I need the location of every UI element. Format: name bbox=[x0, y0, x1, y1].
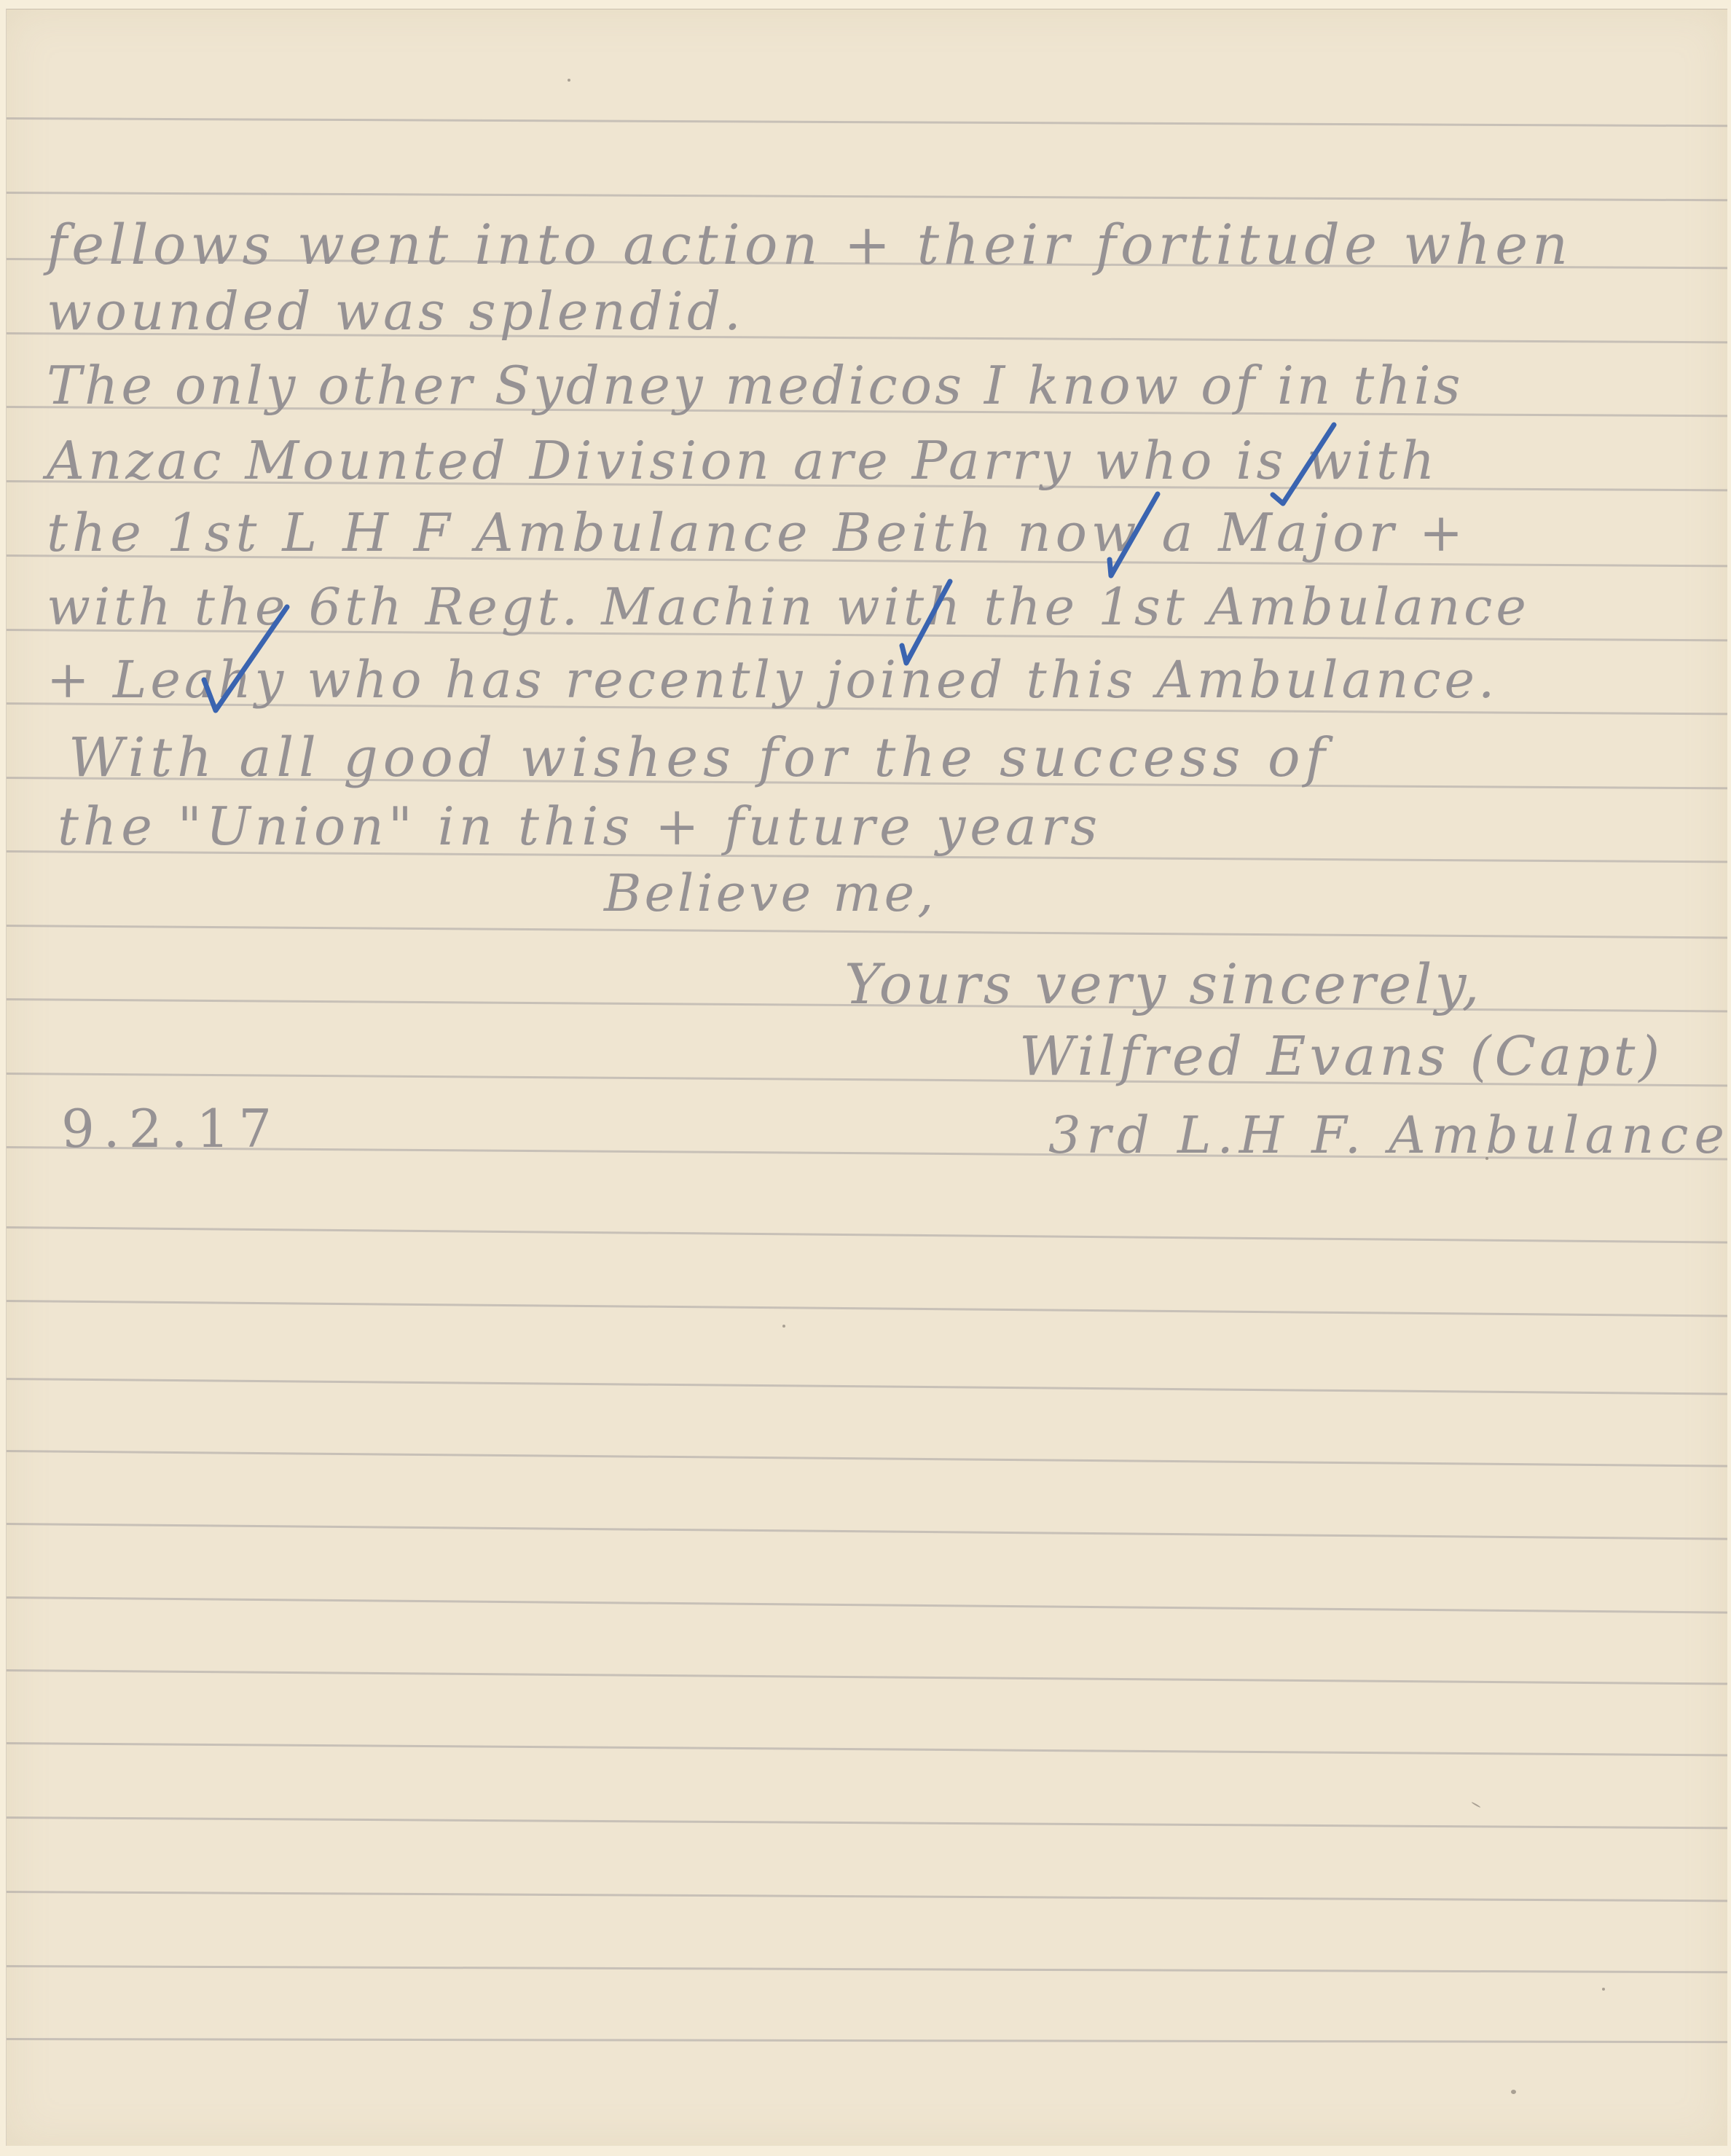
rule-line bbox=[7, 1965, 1727, 1973]
signature: Wilfred Evans (Capt) bbox=[1019, 1030, 1663, 1083]
rule-line bbox=[7, 1378, 1727, 1395]
letter-line-2: wounded was splendid. bbox=[47, 285, 745, 337]
check-mark-icon bbox=[1107, 494, 1172, 581]
rule-line bbox=[7, 1450, 1727, 1467]
rule-line bbox=[7, 1669, 1727, 1685]
rule-line bbox=[7, 1891, 1727, 1902]
rule-line bbox=[7, 1596, 1727, 1614]
letter-line-5: the 1st L H F Ambulance Beith now a Majo… bbox=[47, 506, 1467, 559]
rule-line bbox=[7, 1300, 1727, 1317]
rule-line bbox=[7, 1226, 1727, 1244]
rule-line bbox=[7, 1816, 1727, 1829]
letter-line-6: with the 6th Regt. Machin with the 1st A… bbox=[47, 581, 1530, 632]
rule-line bbox=[7, 2038, 1727, 2043]
rule-line bbox=[7, 117, 1727, 127]
letter-page: fellows went into action + their fortitu… bbox=[6, 9, 1727, 2146]
check-mark-icon bbox=[899, 581, 965, 669]
rule-line bbox=[7, 1742, 1727, 1756]
check-mark-icon bbox=[1267, 425, 1332, 512]
letter-line-1: fellows went into action + their fortitu… bbox=[47, 217, 1572, 273]
check-mark-icon bbox=[200, 629, 265, 716]
rule-line bbox=[7, 925, 1727, 938]
letter-line-8: With all good wishes for the success of bbox=[68, 731, 1330, 785]
valediction: Believe me, bbox=[604, 868, 936, 919]
unit-name: 3rd L.H F. Ambulance bbox=[1048, 1110, 1730, 1161]
complimentary-close: Yours very sincerely, bbox=[844, 957, 1483, 1012]
rule-line bbox=[7, 192, 1727, 201]
letter-line-9: the "Union" in this + future years bbox=[58, 800, 1102, 852]
date: 9.2.17 bbox=[61, 1102, 280, 1155]
rule-line bbox=[7, 1523, 1727, 1540]
letter-line-3: The only other Sydney medicos I know of … bbox=[47, 359, 1464, 412]
letter-line-4: Anzac Mounted Division are Parry who is … bbox=[47, 434, 1438, 487]
